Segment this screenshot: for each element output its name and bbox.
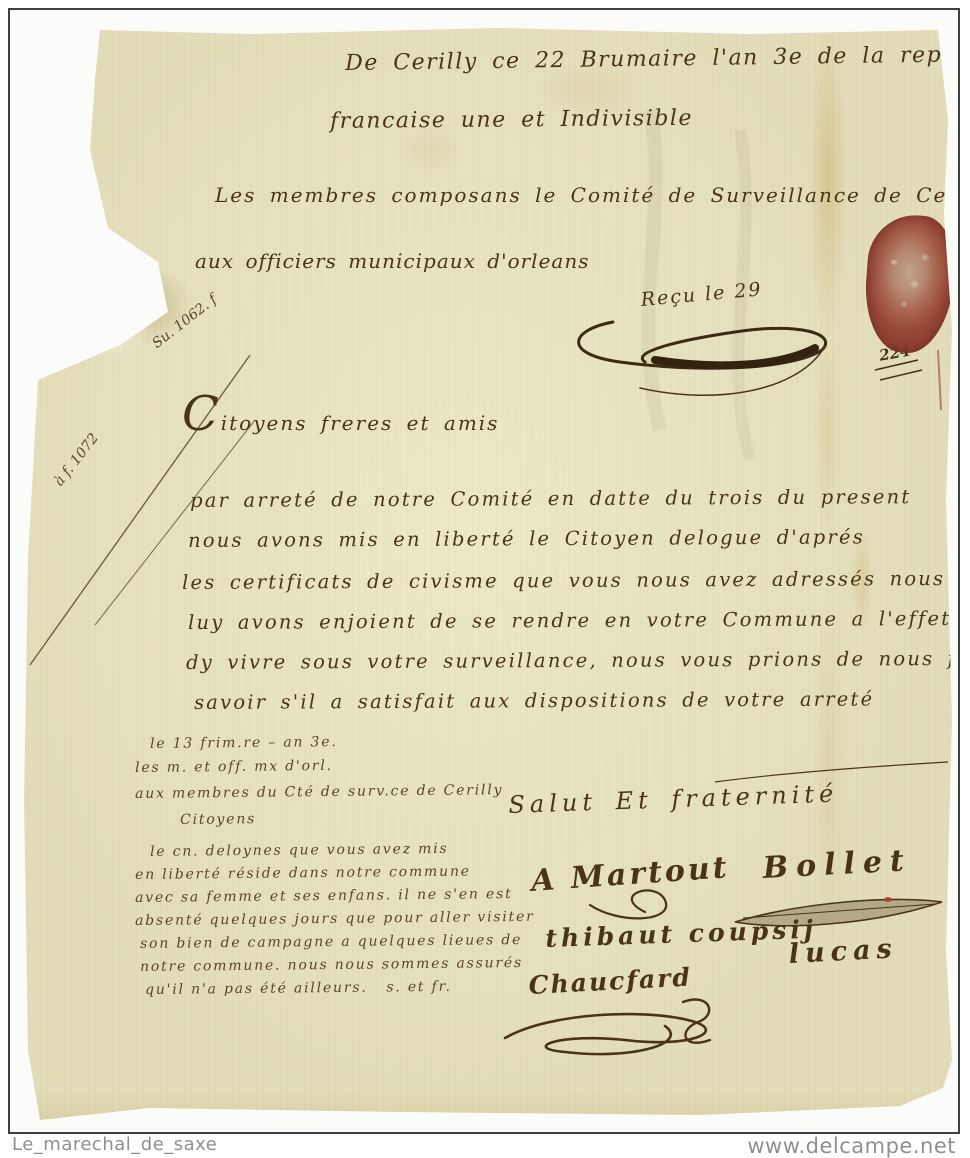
scan-area: De Cerilly ce 22 Brumaire l'an 3e de la … (8, 8, 960, 1134)
chaucfard-flourish (505, 1014, 706, 1054)
body-line-5: dy vivre sous votre surveillance, nous v… (186, 648, 960, 674)
body-line-3: les certificats de civisme que vous nous… (182, 568, 945, 593)
watermark-right: www.delcampe.net (747, 1134, 956, 1155)
scanned-letter-photo: De Cerilly ce 22 Brumaire l'an 3e de la … (0, 0, 970, 1155)
draft-line-1: le 13 frim.re – an 3e. (150, 735, 338, 752)
body-line-2: nous avons mis en liberté le Citoyen del… (188, 526, 865, 551)
wax-drip (938, 350, 941, 410)
salutation-line: Citoyens freres et amis (182, 388, 499, 441)
body-line-4: luy avons enjoient de se rendre en votre… (188, 608, 951, 633)
red-ink-speck (884, 897, 892, 902)
signature-lucas: lucas (788, 934, 898, 969)
watermark-left: Le_marechal_de_saxe (12, 1134, 217, 1155)
body-line-6: savoir s'il a satisfait aux dispositions… (194, 688, 874, 713)
registry-diagonal-line (95, 420, 255, 625)
recipient-line: aux officiers municipaux d'orleans (195, 250, 589, 272)
postal-mark-line (880, 370, 922, 380)
signature-bollet: Bollet (762, 844, 913, 885)
body-line-1: par arreté de notre Comité en datte du t… (190, 486, 911, 511)
sender-line: Les membres composans le Comité de Surve… (215, 184, 960, 206)
letter-paper: De Cerilly ce 22 Brumaire l'an 3e de la … (10, 10, 958, 1132)
draft-line-5: le cn. deloynes que vous avez mis (150, 842, 449, 861)
draft-line-4: Citoyens (180, 812, 256, 828)
draft-line-2: les m. et off. mx d'orl. (135, 759, 333, 776)
draft-line-11: qu'il n'a pas été ailleurs. s. et fr. (145, 980, 452, 999)
martout-paraph (590, 890, 666, 918)
dateline-line2: francaise une et Indivisible (330, 107, 693, 134)
showthrough-ghost (648, 110, 660, 430)
